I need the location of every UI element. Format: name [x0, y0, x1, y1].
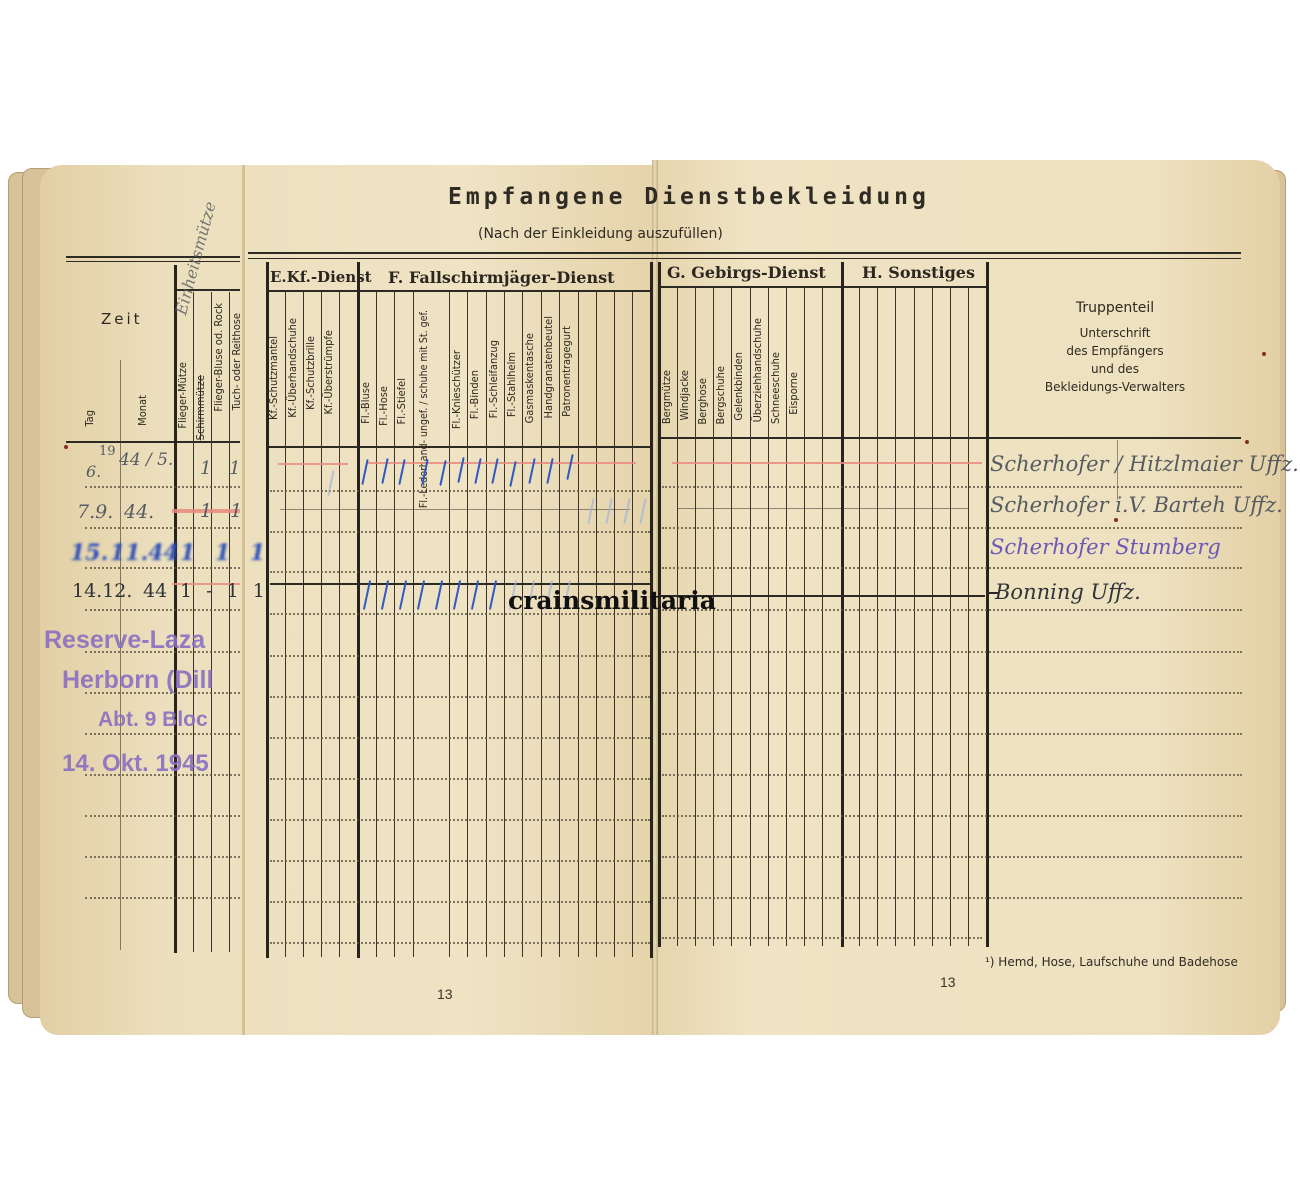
col-bergmuetze: Bergmütze [661, 370, 672, 424]
row-line [270, 778, 650, 780]
row-line [85, 609, 240, 611]
row-line [270, 696, 650, 698]
row-rule [678, 508, 968, 509]
entry-2-month: 44. [124, 501, 154, 523]
sig-header-empfaenger: des Empfängers [990, 344, 1240, 358]
entry-3-month: 11.44 [110, 540, 179, 566]
monat-label: Monat [137, 395, 148, 426]
col-kf-ueberhandschuhe: Kf.-Überhandschuhe [287, 318, 298, 418]
col-line [895, 288, 896, 946]
col-patronentragegurt: Patronentragegurt [561, 326, 572, 417]
col-line [413, 292, 414, 957]
entry-1-marks: 1 1 [200, 458, 247, 479]
row-line [662, 651, 1242, 653]
watermark: crainsmilitaria [508, 586, 716, 615]
group-header-rule-gh [660, 286, 986, 288]
row-line [85, 856, 240, 858]
col-line [950, 288, 951, 946]
signature-row-1: Scherhofer / Hitzlmaier Uffz. [990, 452, 1299, 476]
col-fl-hose: Fl.-Hose [378, 386, 389, 426]
col-fliegermuetze: Flieger-Mütze [177, 362, 188, 429]
divider-g-h [841, 262, 844, 947]
col-fl-schleifanzug: Fl.-Schleifanzug [488, 340, 499, 418]
top-rule-left [66, 256, 240, 258]
col-kf-schutzbrille: Kf.-Schutzbrille [305, 336, 316, 410]
col-line [632, 292, 633, 957]
row-line [662, 937, 982, 939]
group-ekf-header: E.Kf.-Dienst [270, 268, 372, 286]
col-bergschuhe: Bergschuhe [715, 366, 726, 425]
col-line [859, 288, 860, 946]
row-line [662, 692, 1242, 694]
year-prefix: 19 [99, 444, 116, 459]
col-eisporne: Eisporne [788, 372, 799, 415]
tag-label: Tag [84, 410, 95, 427]
col-line [120, 360, 121, 950]
red-pencil-line [672, 462, 982, 464]
row-line [662, 486, 1242, 488]
entry-4-day: 14.12. [72, 580, 132, 602]
row-line [270, 860, 650, 862]
col-line [614, 292, 615, 957]
col-windjacke: Windjacke [679, 370, 690, 421]
row-line [270, 942, 650, 944]
col-kf-ueberstruempfe: Kf.-Überstrümpfe [323, 330, 334, 414]
col-fliegerbluse: Flieger-Bluse od. Rock [213, 303, 224, 412]
row-line [270, 737, 650, 739]
row-line [85, 733, 240, 735]
stamp-line-3: Abt. 9 Bloc [98, 708, 208, 732]
red-pencil-line [368, 462, 636, 464]
col-tuchhose: Tuch- oder Reithose [231, 313, 242, 410]
entry-1-month: 44 / 5. [119, 450, 149, 470]
top-rule-2 [248, 258, 1241, 259]
top-rule-left-2 [66, 261, 240, 262]
col-line [968, 288, 969, 946]
signature-row-4: Bonning Uffz. [995, 580, 1141, 604]
row-line [270, 819, 650, 821]
page-number-right: 13 [940, 974, 956, 990]
col-fl-stiefel: Fl.-Stiefel [396, 378, 407, 424]
col-fl-stahlhelm: Fl.-Stahlhelm [506, 352, 517, 417]
row-line [662, 733, 1242, 735]
row-line [662, 897, 1242, 899]
col-kf-schutzmantel: Kf.-Schutzmantel [268, 336, 279, 420]
red-pencil-line [278, 463, 348, 465]
col-handgranatenbeutel: Handgranatenbeutel [543, 316, 554, 418]
row-line [85, 486, 240, 488]
stamp-line-4: 14. Okt. 1945 [62, 750, 209, 778]
col-line [339, 292, 340, 957]
entry-4-marks: 1 - 1 1 [180, 580, 269, 602]
col-gelenkbinden: Gelenkbinden [733, 352, 744, 421]
col-line [932, 288, 933, 946]
signature-row-3: Scherhofer Stumberg [990, 535, 1221, 559]
entry-3-day: 15. [70, 540, 108, 566]
row-line [270, 901, 650, 903]
row-line [270, 531, 650, 533]
entry-2-day: 7.9. [77, 501, 113, 523]
zeit-label: Zeit [101, 310, 143, 328]
row-line [85, 567, 240, 569]
sig-header-und: und des [990, 362, 1240, 376]
col-schirmmuetze: Schirmmütze [195, 375, 206, 440]
col-fl-knieschuetzer: Fl.-Knieschützer [451, 350, 462, 429]
ink-spot [1245, 440, 1249, 444]
group-h-header: H. Sonstiges [862, 263, 975, 282]
col-line [596, 292, 597, 957]
col-fl-binden: Fl.-Binden [469, 370, 480, 419]
group-g-header: G. Gebirgs-Dienst [667, 263, 826, 282]
entry-2-marks: 1 1 [200, 500, 248, 522]
divider-h-sig [986, 262, 989, 947]
row-line [270, 655, 650, 657]
entry-3-marks: 1 1 1 [180, 540, 271, 566]
page-number-left: 13 [437, 986, 453, 1002]
group-header-rule-ef [266, 290, 653, 292]
row-line [662, 815, 1242, 817]
col-line [804, 288, 805, 946]
ink-spot [64, 445, 68, 449]
col-line [822, 288, 823, 946]
divider-ekf-f [357, 262, 360, 958]
col-line [578, 292, 579, 957]
row-line [662, 567, 1242, 569]
header-bottom-rule-left [66, 441, 240, 443]
row-line [85, 897, 240, 899]
page-subtitle: (Nach der Einkleidung auszufüllen) [478, 226, 723, 242]
header-bottom-rule-ef [266, 446, 653, 448]
stamp-line-1: Reserve-Laza [44, 626, 205, 655]
entry-4-month: 44 [143, 580, 167, 602]
entry-1-day: 6. [86, 462, 101, 481]
sig-header-unterschrift: Unterschrift [990, 326, 1240, 340]
row-line [662, 527, 1242, 529]
col-gasmaskentasche: Gasmaskentasche [524, 333, 535, 423]
col-line [877, 288, 878, 946]
group-f-header: F. Fallschirmjäger-Dienst [388, 268, 614, 287]
row-line [662, 609, 1242, 611]
page-title: Empfangene Dienstbekleidung [448, 184, 930, 210]
signature-row-2: Scherhofer i.V. Barteh Uffz. [990, 493, 1283, 517]
row-line [85, 815, 240, 817]
row-line [662, 856, 1242, 858]
sig-header-truppenteil: Truppenteil [990, 300, 1240, 316]
top-rule [248, 252, 1241, 254]
row-rule [280, 509, 630, 510]
footnote: ¹) Hemd, Hose, Laufschuhe und Badehose [985, 955, 1238, 969]
stamp-line-2: Herborn (Dill [62, 666, 213, 695]
ink-spot [1114, 518, 1118, 522]
row-line [270, 571, 650, 573]
ink-spot [1262, 352, 1266, 356]
col-schneeschuhe: Schneeschuhe [770, 352, 781, 424]
row-line [662, 774, 1242, 776]
row-line [85, 527, 240, 529]
sig-header-verwalter: Bekleidungs-Verwalters [990, 380, 1240, 394]
col-ueberziehhandschuhe: Überziehhandschuhe [752, 318, 763, 422]
col-fl-bluse: Fl.-Bluse [360, 382, 371, 424]
col-line [914, 288, 915, 946]
col-berghose: Berghose [697, 378, 708, 425]
